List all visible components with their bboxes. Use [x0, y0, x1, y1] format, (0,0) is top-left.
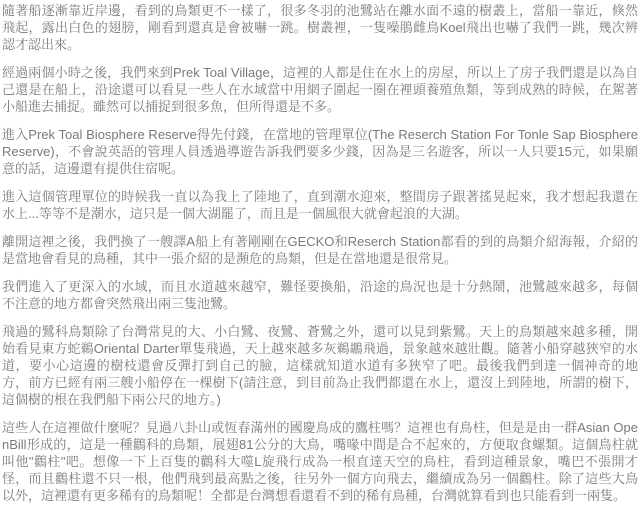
paragraph-7: 飛過的鷺科鳥類除了台灣常見的大、小白鷺、夜鷺、蒼鷺之外，還可以見到紫鷺。天上的鳥… — [2, 323, 638, 408]
paragraph-8: 這些人在這裡做什麼呢？見過八卦山或恆春滿州的國慶鳥成的鷹柱嗎？這裡也有鳥柱，但是… — [2, 419, 638, 504]
paragraph-5: 離開這裡之後，我們換了一艘譯A船上有著剛剛在GECKO和Reserch Stat… — [2, 233, 638, 267]
paragraph-6: 我們進入了更深入的水域，而且水道越來越窄，難怪要換船，沿途的鳥況也是十分熱鬧，池… — [2, 278, 638, 312]
article-text-page: 隨著船逐漸靠近岸邊，看到的鳥類更不一樣了，很多冬羽的池鷺站在離水面不遠的樹叢上，… — [0, 0, 640, 522]
paragraph-3: 進入Prek Toal Biosphere Reserve得先付錢，在當地的管理… — [2, 126, 638, 177]
paragraph-2: 經過兩個小時之後，我們來到Prek Toal Village，這裡的人都是住在水… — [2, 64, 638, 115]
paragraph-4: 進入這個管理單位的時候我一直以為我上了陸地了，直到潮水迎來，整間房子跟著搖晃起來… — [2, 188, 638, 222]
paragraph-1: 隨著船逐漸靠近岸邊，看到的鳥類更不一樣了，很多冬羽的池鷺站在離水面不遠的樹叢上，… — [2, 2, 638, 53]
